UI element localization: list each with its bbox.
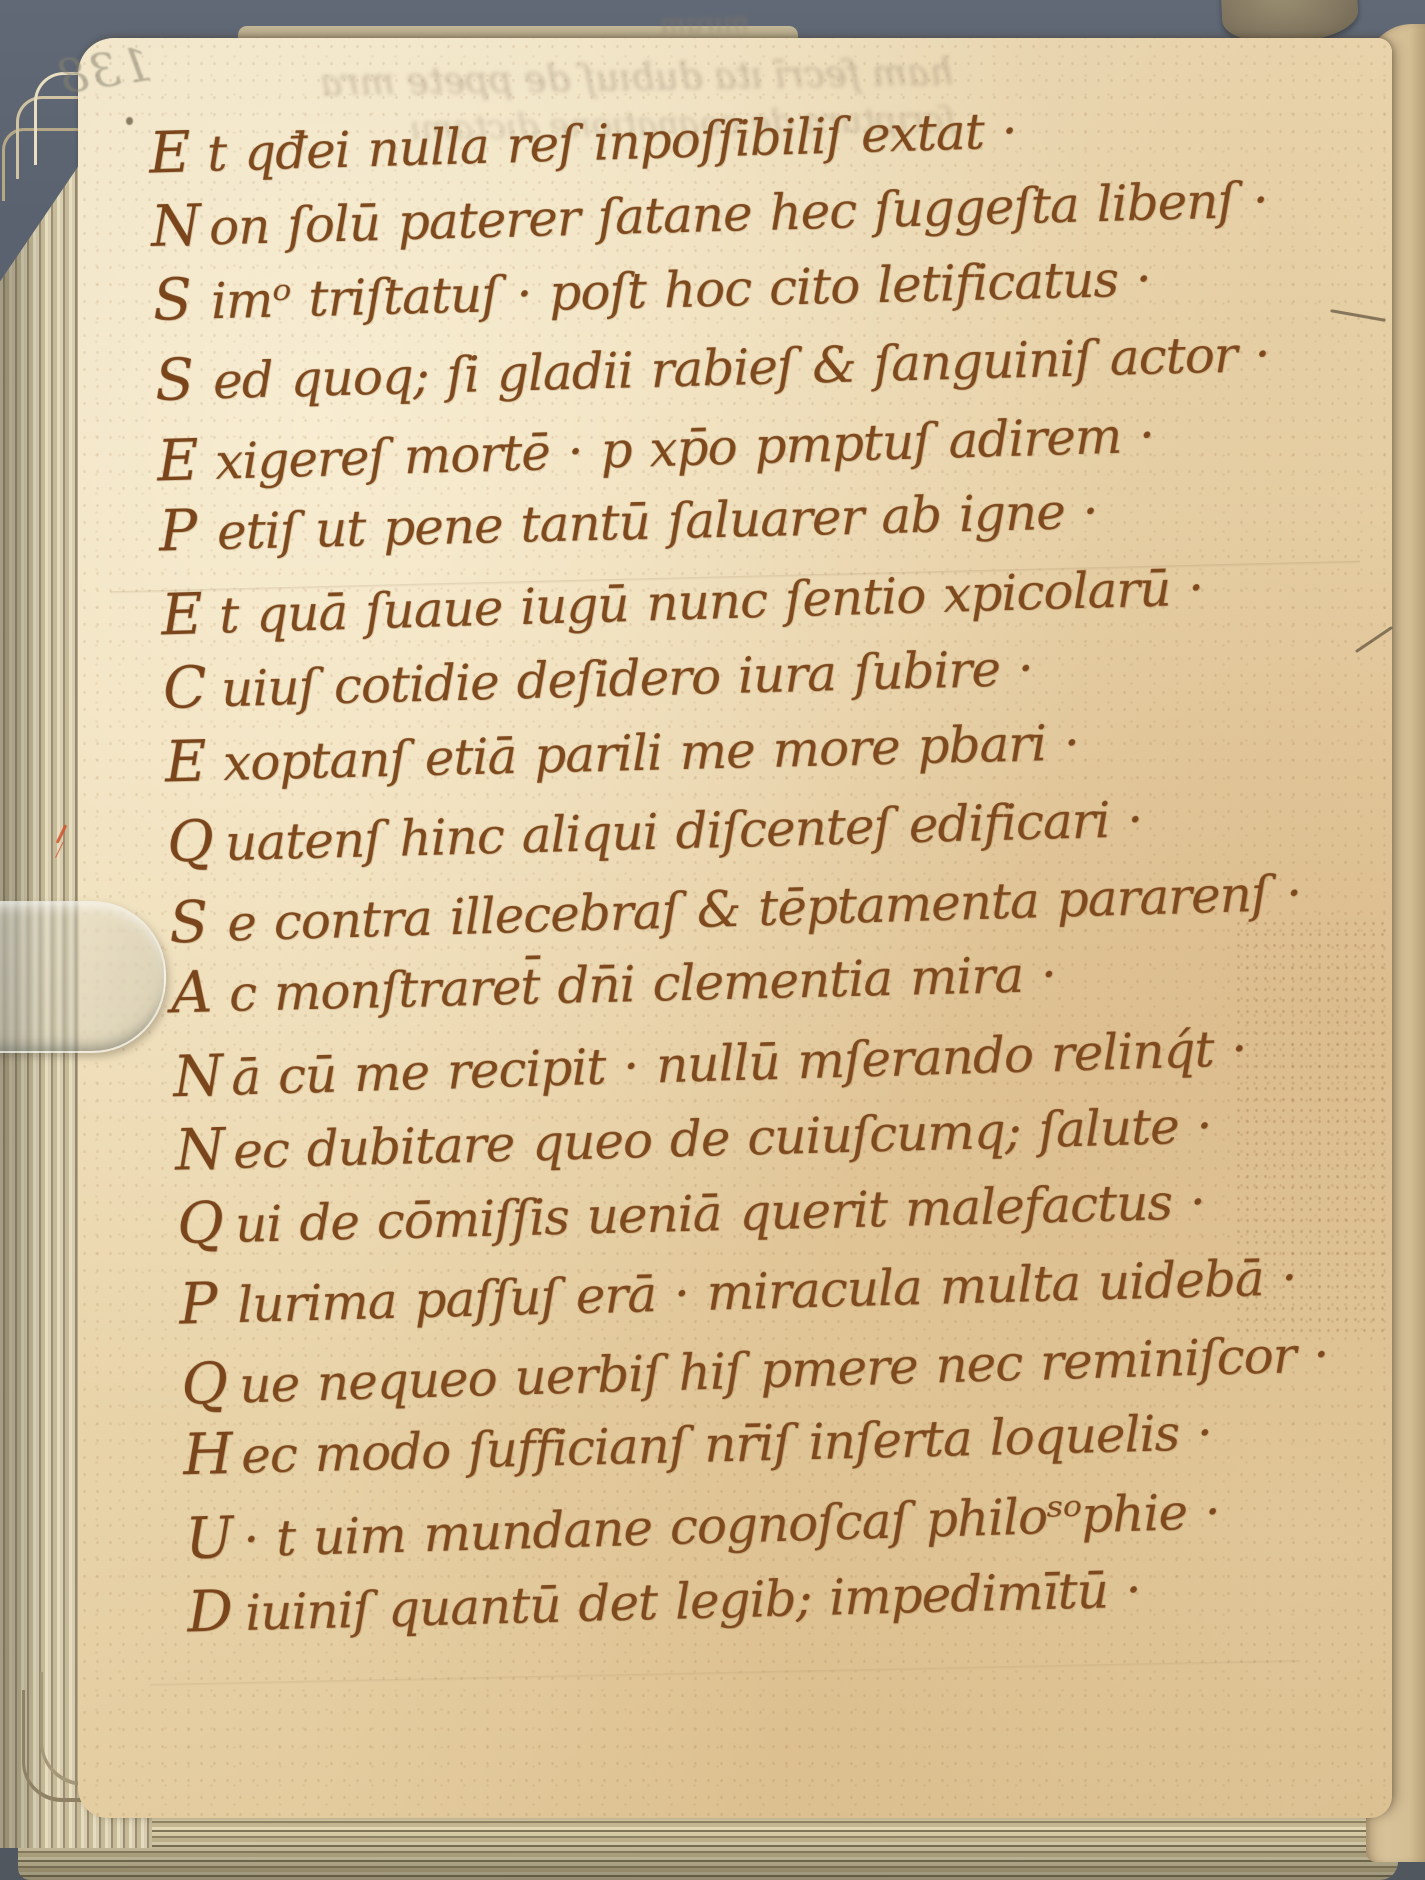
verse-initial: S	[152, 261, 212, 339]
verse-initial: D	[186, 1573, 246, 1651]
text-block: Et qđei nulla reſ inpoſſibiliſ extat · N…	[148, 80, 1425, 1652]
verse-initial: S	[154, 341, 214, 419]
verse-initial: Q	[176, 1185, 236, 1263]
verse-initial: E	[164, 723, 224, 801]
verse-initial: S	[168, 884, 228, 963]
verse-initial: N	[150, 187, 210, 265]
verse-initial: E	[160, 576, 220, 655]
verse-initial: E	[156, 422, 216, 501]
verse-initial: C	[162, 649, 222, 727]
page-weight-clip	[0, 901, 166, 1053]
verse-initial: H	[182, 1416, 242, 1494]
verse-initial: P	[178, 1265, 238, 1343]
verse-initial: N	[174, 1111, 234, 1189]
verse-initial: A	[170, 954, 230, 1032]
verse-initial: N	[172, 1038, 232, 1117]
photograph-of-codex: 138 mıram ham fecrī ıta dubıuſ de ppete …	[0, 0, 1425, 1880]
verse-initial: P	[158, 492, 218, 570]
verse-initial: Q	[180, 1346, 240, 1425]
verse-initial: E	[148, 114, 208, 193]
verse-initial: U	[184, 1499, 244, 1578]
ink-dot	[126, 117, 133, 125]
verse-initial: Q	[166, 803, 226, 881]
